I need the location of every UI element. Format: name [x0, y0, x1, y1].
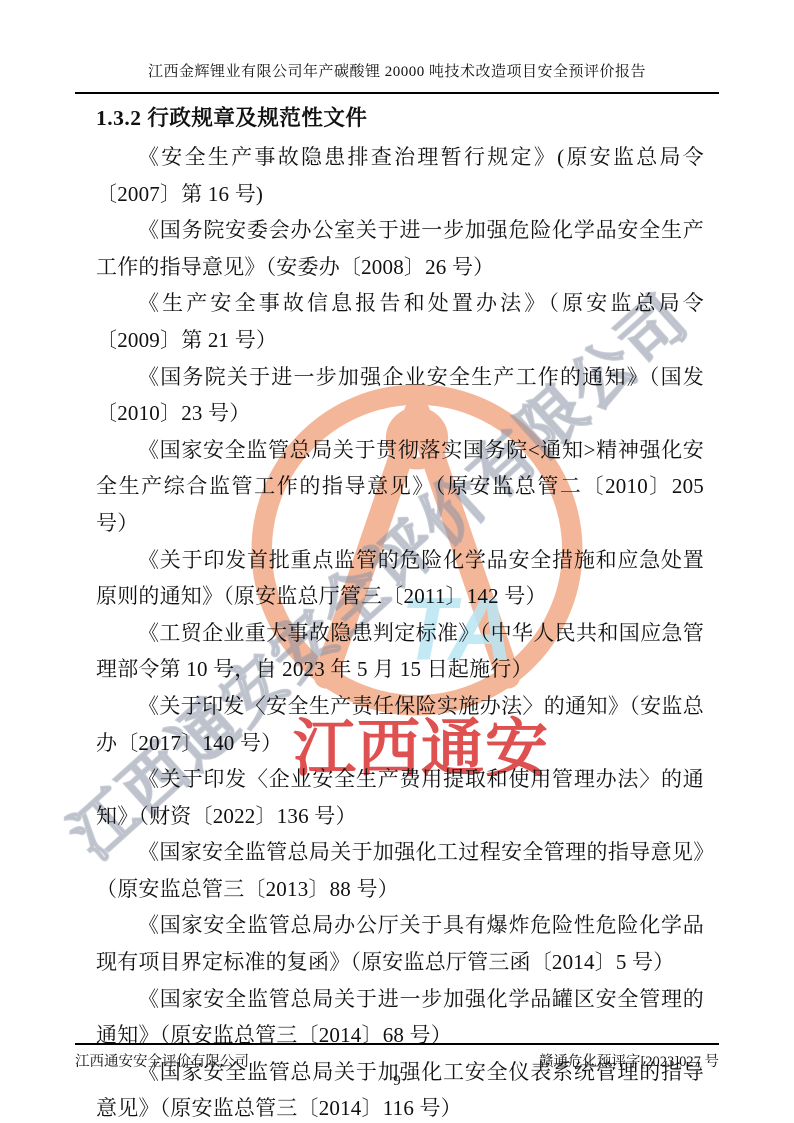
regulation-paragraph: 《安全生产事故隐患排查治理暂行规定》(原安监总局令〔2007〕第 16 号): [96, 139, 704, 212]
body-content: 1.3.2 行政规章及规范性文件 《安全生产事故隐患排查治理暂行规定》(原安监总…: [96, 101, 704, 1123]
footer-company: 江西通安安全评价有限公司: [75, 1050, 249, 1071]
regulation-paragraph: 《国家安全监管总局关于贯彻落实国务院<通知>精神强化安全生产综合监管工作的指导意…: [96, 432, 704, 542]
regulation-paragraph: 《国务院关于进一步加强企业安全生产工作的通知》（国发〔2010〕23 号）: [96, 359, 704, 432]
regulation-paragraph: 《生产安全事故信息报告和处置办法》（原安监总局令〔2009〕第 21 号）: [96, 285, 704, 358]
regulation-list: 《安全生产事故隐患排查治理暂行规定》(原安监总局令〔2007〕第 16 号)《国…: [96, 139, 704, 1123]
section-title: 行政规章及规范性文件: [147, 106, 367, 130]
regulation-paragraph: 《关于印发〈企业安全生产费用提取和使用管理办法〉的通知》（财资〔2022〕136…: [96, 761, 704, 834]
regulation-paragraph: 《关于印发〈安全生产责任保险实施办法〉的通知》（安监总办〔2017〕140 号）: [96, 688, 704, 761]
section-heading: 1.3.2 行政规章及规范性文件: [96, 101, 704, 132]
page-number: 9: [0, 1073, 794, 1090]
footer-doc-number: 赣通危化预评字[2023]027 号: [539, 1050, 719, 1071]
report-page: TA 江西通安 江西通安安全评价有限公司 江西金辉锂业有限公司年产碳酸锂 200…: [0, 0, 794, 1123]
page-footer: 江西通安安全评价有限公司 赣通危化预评字[2023]027 号: [75, 1043, 719, 1071]
page-header-title: 江西金辉锂业有限公司年产碳酸锂 20000 吨技术改造项目安全预评价报告: [75, 60, 719, 94]
regulation-paragraph: 《国家安全监管总局办公厅关于具有爆炸危险性危险化学品现有项目界定标准的复函》（原…: [96, 907, 704, 980]
regulation-paragraph: 《工贸企业重大事故隐患判定标准》（中华人民共和国应急管理部令第 10 号，自 2…: [96, 615, 704, 688]
section-number: 1.3.2: [96, 106, 142, 130]
regulation-paragraph: 《国家安全监管总局关于加强化工过程安全管理的指导意见》（原安监总管三〔2013〕…: [96, 834, 704, 907]
regulation-paragraph: 《关于印发首批重点监管的危险化学品安全措施和应急处置原则的通知》（原安监总厅管三…: [96, 542, 704, 615]
regulation-paragraph: 《国务院安委会办公室关于进一步加强危险化学品安全生产工作的指导意见》（安委办〔2…: [96, 212, 704, 285]
